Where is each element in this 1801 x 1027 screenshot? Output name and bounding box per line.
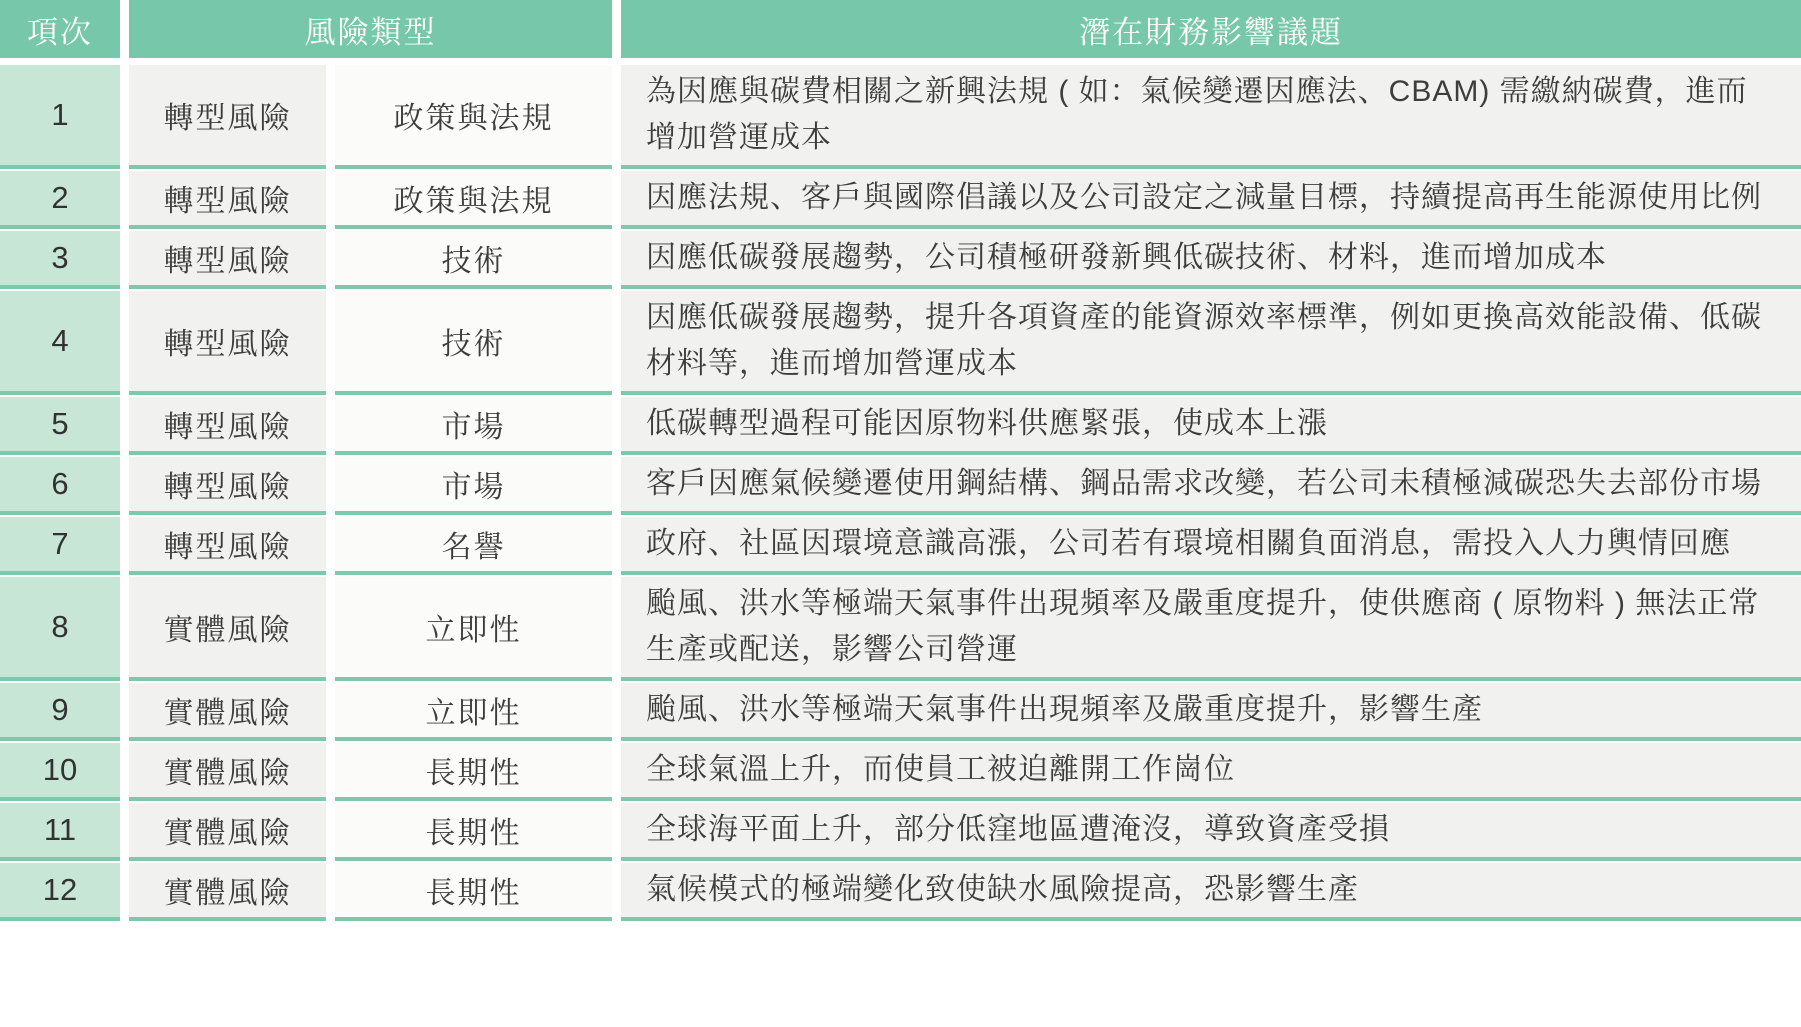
row-index-cell: 7 <box>0 517 120 575</box>
risk-type-cell: 實體風險 <box>129 743 326 801</box>
impact-cell: 政府、社區因環境意識高漲，公司若有環境相關負面消息，需投入人力輿情回應 <box>621 517 1801 575</box>
risk-type-cell: 轉型風險 <box>129 171 326 229</box>
risk-subtype-cell: 立即性 <box>335 683 612 741</box>
risk-subtype-cell: 長期性 <box>335 863 612 921</box>
risk-subtype-cell: 政策與法規 <box>335 65 612 169</box>
impact-cell: 因應法規、客戶與國際倡議以及公司設定之減量目標，持續提高再生能源使用比例 <box>621 171 1801 229</box>
row-index-cell: 9 <box>0 683 120 741</box>
risk-type-cell: 實體風險 <box>129 803 326 861</box>
risk-type-cell: 實體風險 <box>129 577 326 681</box>
risk-type-cell: 轉型風險 <box>129 397 326 455</box>
row-index-cell: 11 <box>0 803 120 861</box>
row-index-cell: 12 <box>0 863 120 921</box>
row-index-cell: 1 <box>0 65 120 169</box>
risk-subtype-cell: 名譽 <box>335 517 612 575</box>
impact-cell: 低碳轉型過程可能因原物料供應緊張，使成本上漲 <box>621 397 1801 455</box>
risk-subtype-cell: 技術 <box>335 291 612 395</box>
risk-type-cell: 轉型風險 <box>129 231 326 289</box>
risk-subtype-cell: 市場 <box>335 397 612 455</box>
risk-subtype-cell: 技術 <box>335 231 612 289</box>
risk-subtype-cell: 長期性 <box>335 803 612 861</box>
impact-cell: 颱風、洪水等極端天氣事件出現頻率及嚴重度提升，影響生產 <box>621 683 1801 741</box>
header-cell-index: 項次 <box>0 0 120 63</box>
impact-cell: 客戶因應氣候變遷使用鋼結構、鋼品需求改變，若公司未積極減碳恐失去部份市場 <box>621 457 1801 515</box>
impact-cell: 因應低碳發展趨勢，提升各項資產的能資源效率標準，例如更換高效能設備、低碳材料等，… <box>621 291 1801 395</box>
risk-type-cell: 轉型風險 <box>129 291 326 395</box>
row-index-cell: 5 <box>0 397 120 455</box>
row-index-cell: 10 <box>0 743 120 801</box>
risk-subtype-cell: 政策與法規 <box>335 171 612 229</box>
risk-type-cell: 轉型風險 <box>129 65 326 169</box>
impact-cell: 颱風、洪水等極端天氣事件出現頻率及嚴重度提升，使供應商 ( 原物料 ) 無法正常… <box>621 577 1801 681</box>
risk-type-cell: 轉型風險 <box>129 517 326 575</box>
header-cell-risk-type: 風險類型 <box>129 0 612 63</box>
risk-type-cell: 轉型風險 <box>129 457 326 515</box>
risk-subtype-cell: 立即性 <box>335 577 612 681</box>
climate-risk-table: 項次 風險類型 潛在財務影響議題 1 轉型風險 政策與法規 為因應與碳費相關之新… <box>0 0 1801 921</box>
impact-cell: 氣候模式的極端變化致使缺水風險提高，恐影響生產 <box>621 863 1801 921</box>
row-index-cell: 2 <box>0 171 120 229</box>
row-index-cell: 4 <box>0 291 120 395</box>
impact-cell: 為因應與碳費相關之新興法規 ( 如：氣候變遷因應法、CBAM) 需繳納碳費，進而… <box>621 65 1801 169</box>
row-index-cell: 6 <box>0 457 120 515</box>
row-index-cell: 3 <box>0 231 120 289</box>
impact-cell: 全球氣溫上升，而使員工被迫離開工作崗位 <box>621 743 1801 801</box>
risk-subtype-cell: 市場 <box>335 457 612 515</box>
risk-type-cell: 實體風險 <box>129 683 326 741</box>
row-index-cell: 8 <box>0 577 120 681</box>
impact-cell: 全球海平面上升，部分低窪地區遭淹沒，導致資產受損 <box>621 803 1801 861</box>
risk-type-cell: 實體風險 <box>129 863 326 921</box>
impact-cell: 因應低碳發展趨勢，公司積極研發新興低碳技術、材料，進而增加成本 <box>621 231 1801 289</box>
header-cell-impact: 潛在財務影響議題 <box>621 0 1801 63</box>
risk-subtype-cell: 長期性 <box>335 743 612 801</box>
